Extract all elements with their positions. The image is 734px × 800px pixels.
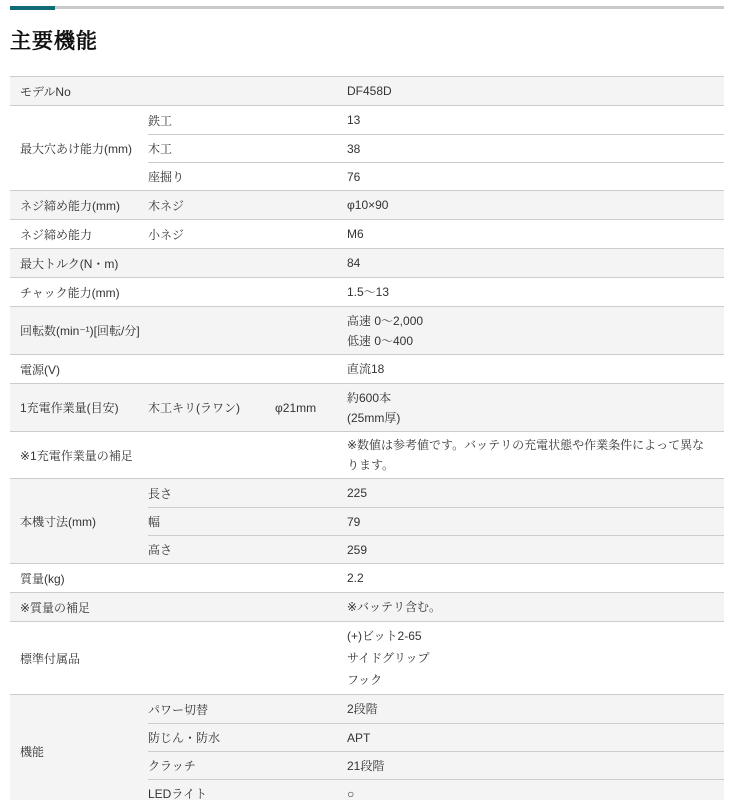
spec-value: φ10×90	[347, 195, 724, 215]
spec-subrow: 幅 79	[148, 507, 724, 535]
spec-value: 1.5〜13	[347, 282, 724, 302]
spec-value: 13	[347, 110, 724, 130]
spec-value: 84	[347, 253, 724, 273]
spec-subrow: ※数値は参考値です。バッテリの充電状態や作業条件によって異なります。	[148, 432, 724, 478]
spec-sublabel: クラッチ	[148, 757, 347, 774]
spec-value: DF458D	[347, 81, 724, 101]
spec-subrow: 高速 0〜2,000 低速 0〜400	[148, 307, 724, 354]
spec-subrow: 木工キリ(ラワン) φ21mm 約600本 (25mm厚)	[148, 384, 724, 431]
spec-group-work-per-charge: 1充電作業量(目安) 木工キリ(ラワン) φ21mm 約600本 (25mm厚)	[10, 384, 724, 432]
spec-group-power-source: 電源(V) 直流18	[10, 355, 724, 384]
spec-subrow: 長さ 225	[148, 479, 724, 507]
spec-group-accessories: 標準付属品 (+)ビット2-65 サイドグリップ フック	[10, 622, 724, 695]
spec-value: 高速 0〜2,000 低速 0〜400	[347, 311, 724, 351]
spec-content: 84	[148, 249, 724, 277]
spec-sublabel: 木工	[148, 140, 347, 157]
spec-label: チャック能力(mm)	[10, 278, 148, 306]
spec-value: 2.2	[347, 568, 724, 588]
spec-sublabel: 小ネジ	[148, 226, 347, 243]
spec-subrow: クラッチ 21段階	[148, 751, 724, 779]
spec-value-line: (+)ビット2-65	[347, 625, 716, 647]
spec-value circle-mark: ○	[347, 784, 724, 800]
spec-sublabel: 幅	[148, 513, 347, 530]
spec-content: 2.2	[148, 564, 724, 592]
spec-value: 79	[347, 512, 724, 532]
page-title: 主要機能	[10, 29, 724, 55]
spec-subrow: LEDライト ○	[148, 779, 724, 800]
spec-subrow: ※バッテリ含む。	[148, 593, 724, 621]
spec-subrow: (+)ビット2-65 サイドグリップ フック	[148, 622, 724, 694]
spec-content: 木工キリ(ラワン) φ21mm 約600本 (25mm厚)	[148, 384, 724, 431]
spec-sublabel: 木工キリ(ラワン) φ21mm	[148, 399, 347, 416]
spec-group-dimensions: 本機寸法(mm) 長さ 225 幅 79 高さ 259	[10, 479, 724, 564]
spec-label: 電源(V)	[10, 355, 148, 383]
spec-label: ※質量の補足	[10, 593, 148, 621]
spec-group-functions: 機能 パワー切替 2段階 防じん・防水 APT クラッチ 21段階 LEDライト…	[10, 695, 724, 800]
spec-value: 259	[347, 540, 724, 560]
spec-value: APT	[347, 728, 724, 748]
spec-content: パワー切替 2段階 防じん・防水 APT クラッチ 21段階 LEDライト ○	[148, 695, 724, 800]
spec-sublabel: 木ネジ	[148, 197, 347, 214]
spec-group-screw-capacity-mm: ネジ締め能力(mm) 木ネジ φ10×90	[10, 191, 724, 220]
spec-content: 高速 0〜2,000 低速 0〜400	[148, 307, 724, 354]
spec-sublabel: 高さ	[148, 541, 347, 558]
spec-label: モデルNo	[10, 77, 148, 105]
spec-subrow: 高さ 259	[148, 535, 724, 563]
spec-group-max-drilling: 最大穴あけ能力(mm) 鉄工 13 木工 38 座掘り 76	[10, 106, 724, 191]
spec-content: ※数値は参考値です。バッテリの充電状態や作業条件によって異なります。	[148, 432, 724, 478]
spec-value: 76	[347, 167, 724, 187]
spec-subrow: 座掘り 76	[148, 162, 724, 190]
spec-value: ※数値は参考値です。バッテリの充電状態や作業条件によって異なります。	[347, 435, 724, 475]
accent-rule	[10, 6, 724, 10]
accent-rule-gray-line	[10, 6, 724, 9]
spec-sublabel: 鉄工	[148, 112, 347, 129]
spec-table: モデルNo DF458D 最大穴あけ能力(mm) 鉄工 13 木工 38	[10, 76, 724, 800]
spec-label: 回転数(min⁻¹)[回転/分]	[10, 307, 148, 354]
spec-subrow: 鉄工 13	[148, 106, 724, 134]
spec-group-max-torque: 最大トルク(N・m) 84	[10, 249, 724, 278]
spec-label: 1充電作業量(目安)	[10, 384, 148, 431]
spec-value-line: 低速 0〜400	[347, 331, 716, 351]
spec-subrow: 木工 38	[148, 134, 724, 162]
spec-subrow: 木ネジ φ10×90	[148, 191, 724, 219]
spec-label: 標準付属品	[10, 622, 148, 694]
spec-sublabel: 長さ	[148, 485, 347, 502]
spec-content: 直流18	[148, 355, 724, 383]
spec-subrow: 防じん・防水 APT	[148, 723, 724, 751]
spec-value: 2段階	[347, 699, 724, 719]
spec-value-line: フック	[347, 669, 716, 691]
spec-content: 小ネジ M6	[148, 220, 724, 248]
spec-group-rotation-speed: 回転数(min⁻¹)[回転/分] 高速 0〜2,000 低速 0〜400	[10, 307, 724, 355]
spec-subrow: 1.5〜13	[148, 278, 724, 306]
spec-group-work-per-charge-note: ※1充電作業量の補足 ※数値は参考値です。バッテリの充電状態や作業条件によって異…	[10, 432, 724, 479]
spec-sublabel: LEDライト	[148, 785, 347, 800]
spec-content: 木ネジ φ10×90	[148, 191, 724, 219]
spec-label: 最大トルク(N・m)	[10, 249, 148, 277]
spec-value: ※バッテリ含む。	[347, 597, 724, 617]
spec-value: M6	[347, 224, 724, 244]
spec-subrow: 84	[148, 249, 724, 277]
spec-label: ネジ締め能力(mm)	[10, 191, 148, 219]
spec-subrow: 小ネジ M6	[148, 220, 724, 248]
spec-sublabel-diameter: φ21mm	[275, 401, 316, 415]
spec-label: ネジ締め能力	[10, 220, 148, 248]
spec-group-screw-capacity: ネジ締め能力 小ネジ M6	[10, 220, 724, 249]
spec-group-weight-note: ※質量の補足 ※バッテリ含む。	[10, 593, 724, 622]
spec-subrow: DF458D	[148, 77, 724, 105]
spec-sublabel: 座掘り	[148, 168, 347, 185]
spec-group-chuck-capacity: チャック能力(mm) 1.5〜13	[10, 278, 724, 307]
spec-subrow: 直流18	[148, 355, 724, 383]
spec-value: 225	[347, 483, 724, 503]
spec-label: 機能	[10, 695, 148, 800]
spec-sublabel: パワー切替	[148, 701, 347, 718]
spec-value: 直流18	[347, 359, 724, 379]
spec-value-line: サイドグリップ	[347, 647, 716, 669]
spec-value: (+)ビット2-65 サイドグリップ フック	[347, 625, 724, 691]
spec-group-weight: 質量(kg) 2.2	[10, 564, 724, 593]
spec-group-model-no: モデルNo DF458D	[10, 77, 724, 106]
spec-label: 最大穴あけ能力(mm)	[10, 106, 148, 190]
spec-content: DF458D	[148, 77, 724, 105]
spec-value-line: 約600本	[347, 388, 716, 408]
accent-rule-teal-bar	[10, 6, 55, 10]
spec-value: 38	[347, 139, 724, 159]
spec-content: ※バッテリ含む。	[148, 593, 724, 621]
spec-value-line: 高速 0〜2,000	[347, 311, 716, 331]
spec-content: 長さ 225 幅 79 高さ 259	[148, 479, 724, 563]
spec-label: ※1充電作業量の補足	[10, 432, 148, 478]
spec-subrow: 2.2	[148, 564, 724, 592]
spec-sublabel: 防じん・防水	[148, 729, 347, 746]
spec-content: 1.5〜13	[148, 278, 724, 306]
product-spec-page: 主要機能 モデルNo DF458D 最大穴あけ能力(mm) 鉄工 13 木工	[0, 6, 734, 800]
spec-value-line: (25mm厚)	[347, 408, 716, 428]
spec-value: 約600本 (25mm厚)	[347, 388, 724, 428]
spec-value: 21段階	[347, 756, 724, 776]
spec-label: 質量(kg)	[10, 564, 148, 592]
spec-sublabel-material: 木工キリ(ラワン)	[148, 399, 275, 416]
spec-content: 鉄工 13 木工 38 座掘り 76	[148, 106, 724, 190]
spec-content: (+)ビット2-65 サイドグリップ フック	[148, 622, 724, 694]
spec-subrow: パワー切替 2段階	[148, 695, 724, 723]
spec-label: 本機寸法(mm)	[10, 479, 148, 563]
